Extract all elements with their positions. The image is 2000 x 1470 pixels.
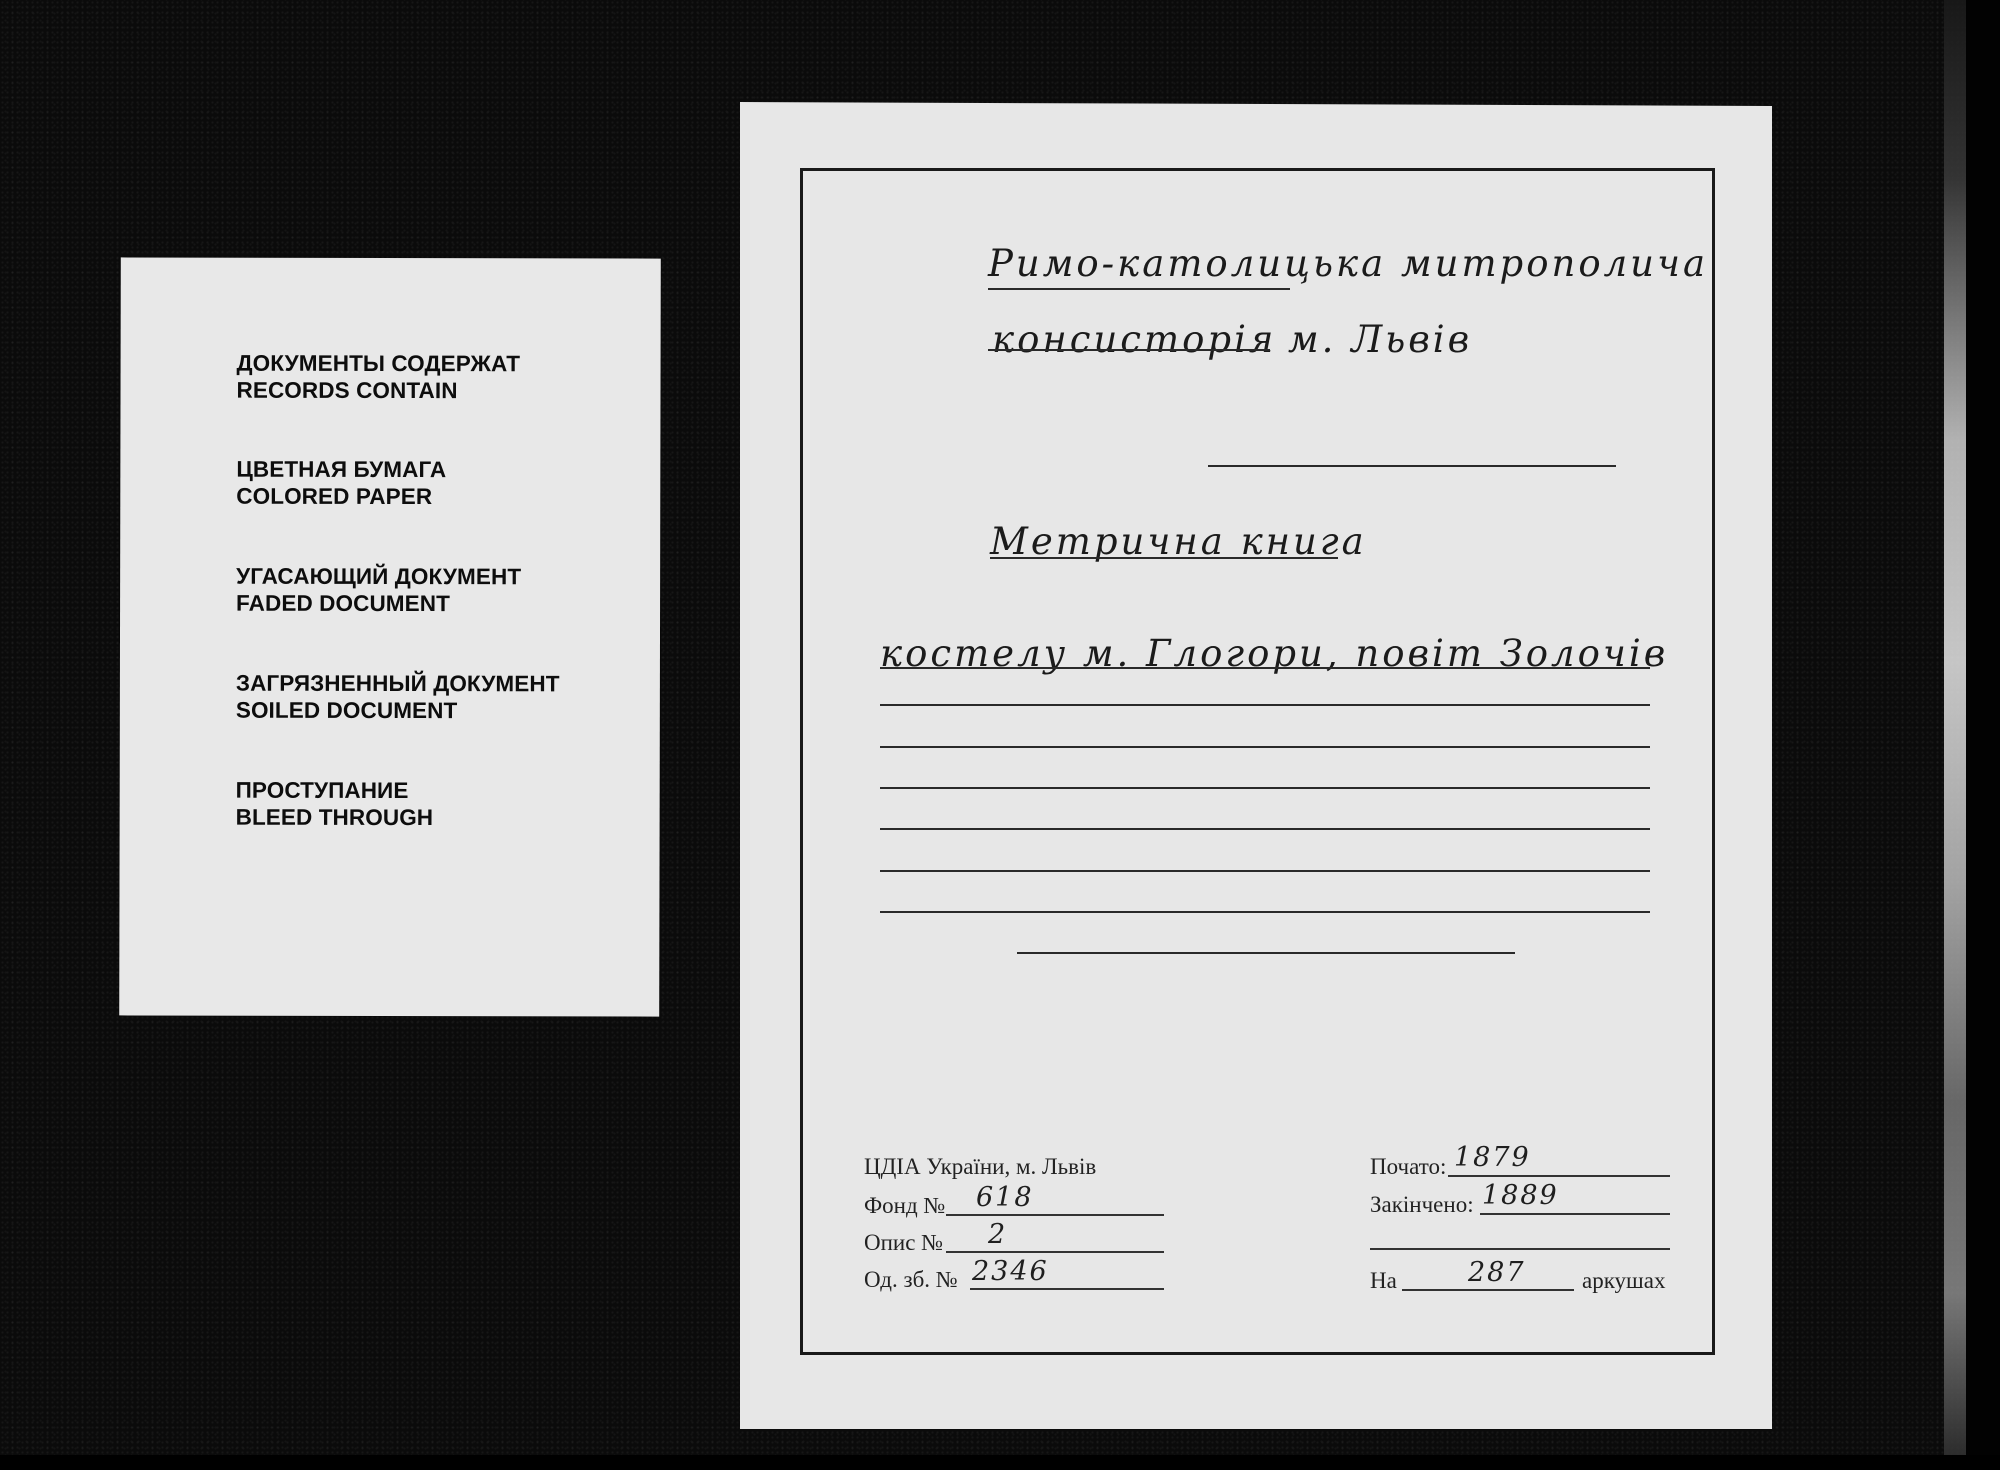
card-item-ru: ПРОСТУПАНИЕ	[236, 777, 434, 804]
opys-label: Опис №	[864, 1230, 943, 1256]
card-item-soiled-document: ЗАГРЯЗНЕННЫЙ ДОКУМЕНТ SOILED DOCUMENT	[236, 670, 560, 725]
started-underline	[1448, 1175, 1670, 1177]
institution-line-2a: консисторія	[992, 318, 1276, 361]
institution-line-2b: м. Львів	[1288, 318, 1472, 361]
item-value: 2346	[972, 1256, 1049, 1287]
card-item-en: COLORED PAPER	[236, 483, 446, 510]
started-value: 1879	[1454, 1142, 1531, 1173]
started-label: Почато:	[1370, 1154, 1446, 1180]
card-item-ru: ДОКУМЕНТЫ СОДЕРЖАТ	[237, 350, 521, 378]
card-item-records-contain: ДОКУМЕНТЫ СОДЕРЖАТ RECORDS CONTAIN	[236, 350, 520, 405]
blank-line	[1208, 465, 1616, 467]
sheets-value: 287	[1468, 1257, 1526, 1288]
blank-line	[880, 911, 1650, 913]
item-underline	[970, 1288, 1164, 1290]
opys-underline	[946, 1251, 1164, 1253]
blank-underline	[1370, 1248, 1670, 1250]
archive-cover-sheet: Римо-католицька митрополича консисторія …	[740, 102, 1772, 1429]
blank-line	[880, 787, 1650, 789]
finished-label: Закінчено:	[1370, 1192, 1474, 1218]
underline	[880, 667, 1650, 669]
card-item-faded-document: УГАСАЮЩИЙ ДОКУМЕНТ FADED DOCUMENT	[236, 563, 521, 618]
institution-line-1: Римо-католицька митрополича	[988, 242, 1708, 285]
card-item-bleed-through: ПРОСТУПАНИЕ BLEED THROUGH	[236, 777, 434, 831]
blank-line	[880, 704, 1650, 706]
sheets-underline	[1402, 1289, 1574, 1291]
scanner-edge-strip	[1944, 0, 1966, 1470]
archive-name: ЦДІА України, м. Львів	[864, 1154, 1096, 1180]
card-item-colored-paper: ЦВЕТНАЯ БУМАГА COLORED PAPER	[236, 456, 446, 510]
blank-line	[880, 828, 1650, 830]
sheets-prefix: На	[1370, 1268, 1397, 1294]
card-item-en: BLEED THROUGH	[236, 804, 434, 831]
card-item-ru: УГАСАЮЩИЙ ДОКУМЕНТ	[236, 563, 521, 591]
underline	[988, 349, 1270, 351]
card-item-en: RECORDS CONTAIN	[236, 377, 520, 405]
fond-underline	[946, 1214, 1164, 1216]
card-item-en: SOILED DOCUMENT	[236, 697, 560, 725]
underline	[990, 557, 1338, 559]
finished-underline	[1480, 1213, 1670, 1215]
scanner-edge-shadow	[1966, 0, 2000, 1470]
blank-line	[880, 870, 1650, 872]
card-item-ru: ЦВЕТНАЯ БУМАГА	[236, 456, 446, 483]
item-label: Од. зб. №	[864, 1267, 958, 1293]
card-item-en: FADED DOCUMENT	[236, 590, 521, 618]
sheets-suffix: аркушах	[1582, 1268, 1665, 1294]
scanner-bottom-band	[0, 1455, 2000, 1470]
fond-value: 618	[976, 1182, 1034, 1213]
blank-line	[880, 746, 1650, 748]
condition-target-card: ДОКУМЕНТЫ СОДЕРЖАТ RECORDS CONTAIN ЦВЕТН…	[119, 257, 661, 1016]
card-item-ru: ЗАГРЯЗНЕННЫЙ ДОКУМЕНТ	[236, 670, 560, 698]
blank-line	[1017, 952, 1515, 954]
opys-value: 2	[988, 1219, 1007, 1250]
finished-value: 1889	[1482, 1180, 1559, 1211]
fond-label: Фонд №	[864, 1193, 945, 1219]
underline	[988, 288, 1290, 290]
